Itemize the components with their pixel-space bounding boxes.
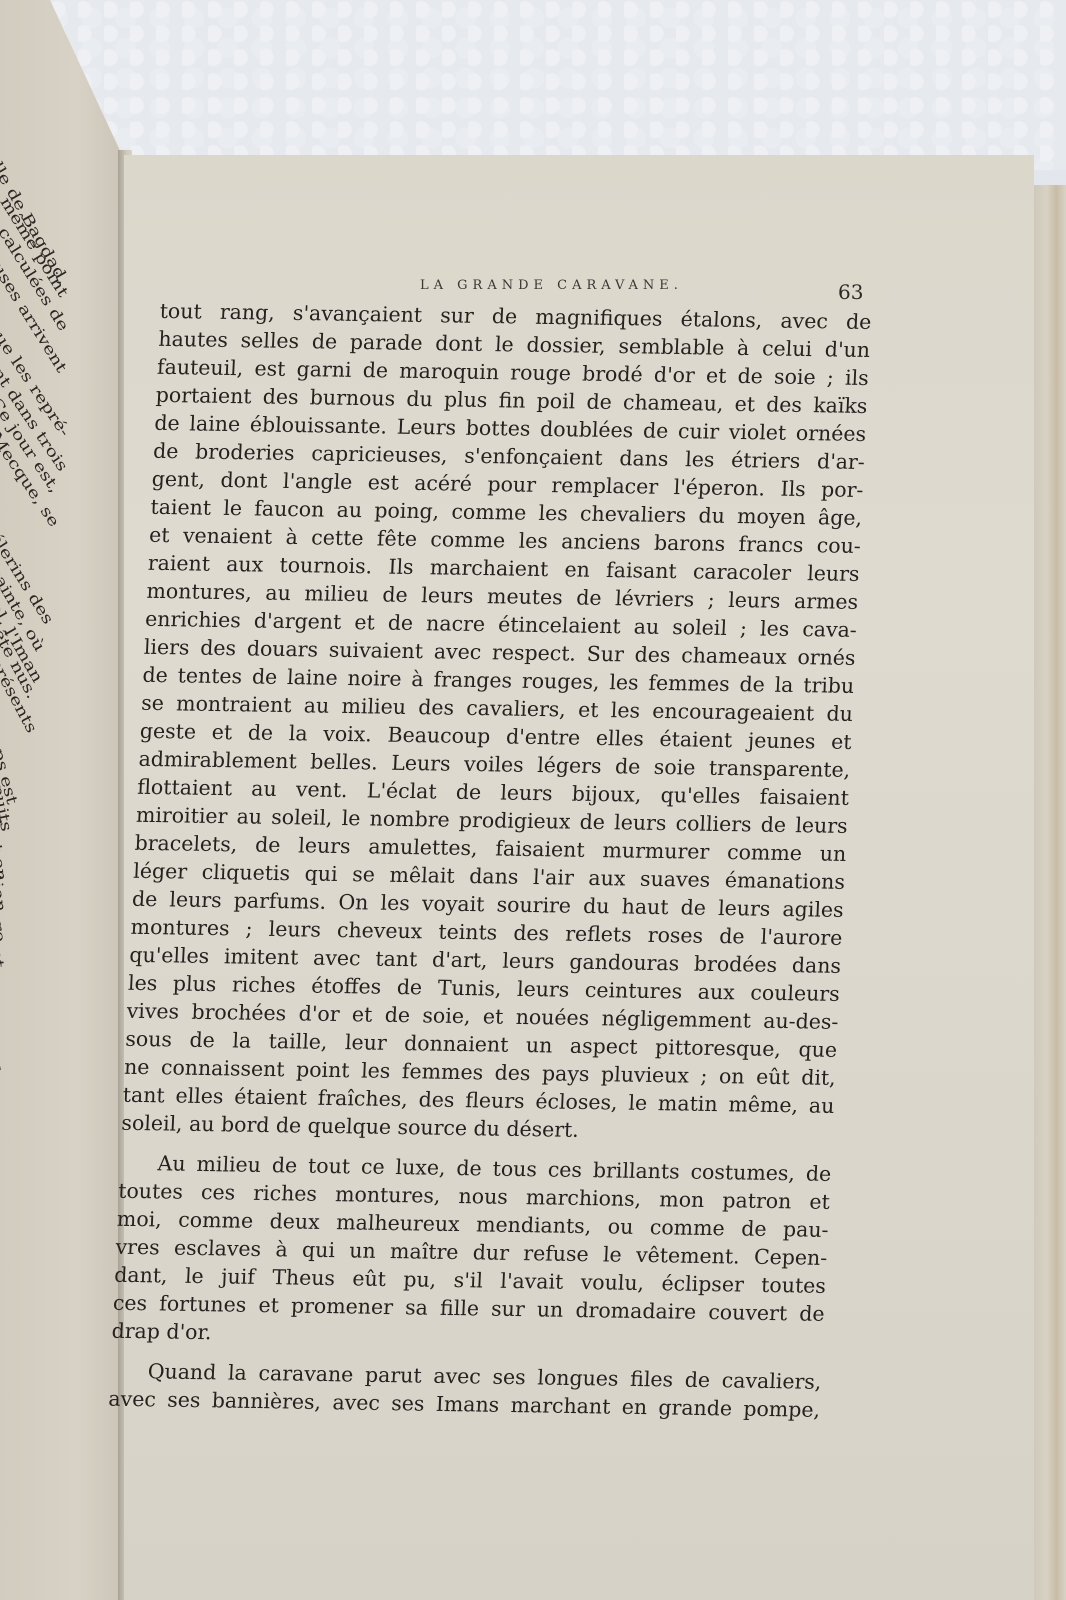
left-page-fragment: de (0, 1060, 2, 1085)
left-page-fragment: tro- (0, 990, 4, 1026)
page-number: 63 (838, 280, 863, 304)
body-text: tout rang, s'avançaient sur de magnifiqu… (108, 297, 872, 1424)
page-edges (1034, 185, 1066, 1600)
left-page-fragment: en (0, 1025, 2, 1050)
left-page-fragment: e (0, 1095, 1, 1107)
running-head: LA GRANDE CARAVANE. (420, 278, 870, 293)
background-surface (0, 0, 1066, 170)
